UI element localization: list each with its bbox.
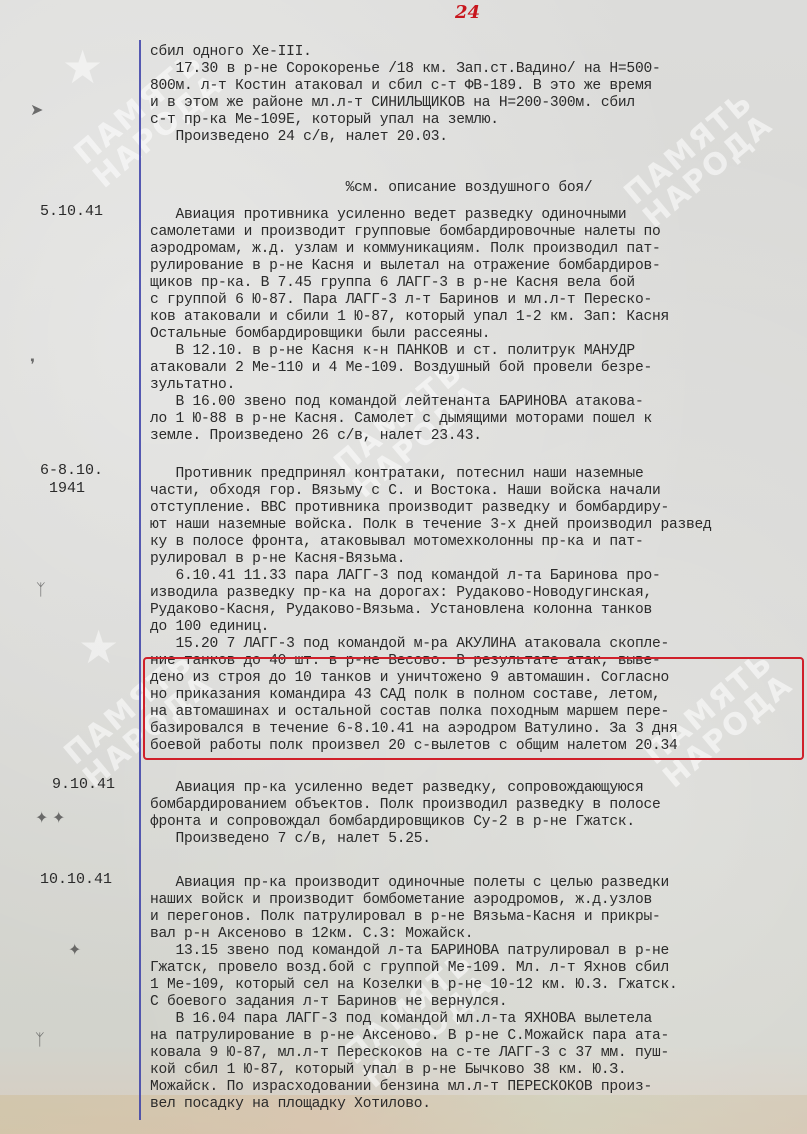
entry-text: Авиация пр-ка усиленно ведет разведку, с… <box>150 780 805 848</box>
entry-text: сбил одного Хе-III. 17.30 в р-не Сорокор… <box>150 44 805 197</box>
margin-mark: ❜ <box>30 355 35 374</box>
entry-date: 5.10.41 <box>40 203 103 221</box>
margin-mark: ✦ <box>68 940 81 959</box>
watermark-star-icon: ★ <box>78 620 119 674</box>
entry-date: 9.10.41 <box>52 776 115 794</box>
watermark-star-icon: ★ <box>62 40 103 94</box>
highlight-box <box>143 657 804 760</box>
margin-mark: ᛉ <box>36 580 46 599</box>
margin-mark: ✦ <box>35 808 48 827</box>
entry-date: 10.10.41 <box>40 871 112 889</box>
margin-mark: ᛉ <box>35 1030 45 1049</box>
margin-mark: ➤ <box>30 100 43 119</box>
entry-date: 6-8.10. 1941 <box>40 462 103 498</box>
page-number: 24 <box>455 2 480 23</box>
entry-text: Авиация пр-ка производит одиночные полет… <box>150 875 805 1113</box>
entry-text: Авиация противника усиленно ведет развед… <box>150 207 805 445</box>
margin-mark: ✦ <box>52 808 65 827</box>
margin-line <box>139 40 141 1120</box>
